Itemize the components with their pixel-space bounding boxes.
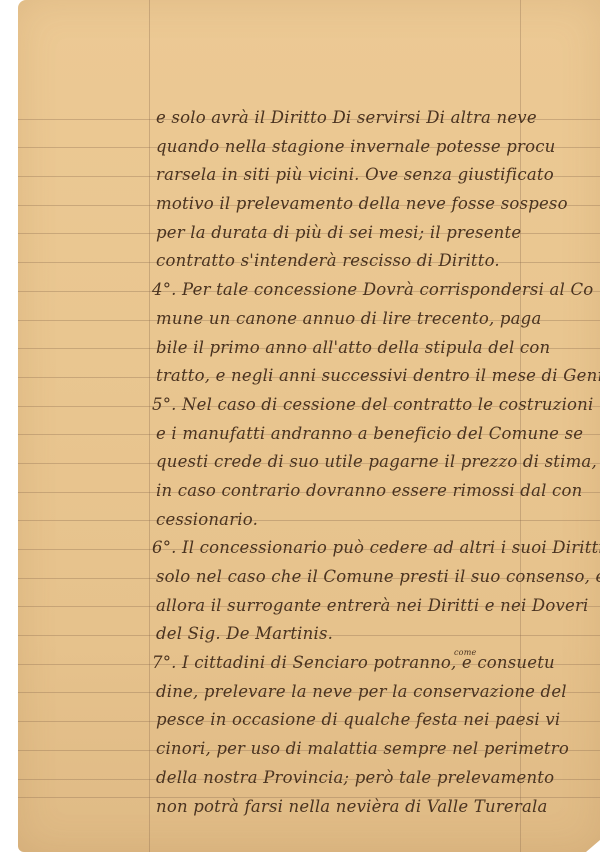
text-line: cessionario. <box>156 506 596 535</box>
text-line: rarsela in siti più vicini. Ove senza gi… <box>156 161 596 190</box>
text-line: questi crede di suo utile pagarne il pre… <box>156 448 596 477</box>
text-line: tratto, e negli anni successivi dentro i… <box>156 362 596 391</box>
article-6-line: 6°. Il concessionario può cedere ad altr… <box>152 534 596 563</box>
text-line: pesce in occasione di qualche festa nei … <box>156 706 596 735</box>
text-line: mune un canone annuo di lire trecento, p… <box>156 305 596 334</box>
text-line: e solo avrà il Diritto Di servirsi Di al… <box>156 104 596 133</box>
text-line: 7°. I cittadini di Senciaro potranno, e … <box>152 653 555 672</box>
text-line: del Sig. De Martinis. <box>156 620 596 649</box>
text-line: allora il surrogante entrerà nei Diritti… <box>156 592 596 621</box>
text-line: dine, prelevare la neve per la conservaz… <box>156 678 596 707</box>
text-line: in caso contrario dovranno essere rimoss… <box>156 477 596 506</box>
text-line: contratto s'intenderà rescisso di Diritt… <box>156 247 596 276</box>
left-margin-line <box>149 0 150 852</box>
article-4-line: 4°. Per tale concessione Dovrà corrispon… <box>152 276 596 305</box>
interlinear-annotation: come <box>454 639 476 667</box>
text-line: per la durata di più di sei mesi; il pre… <box>156 219 596 248</box>
text-line: motivo il prelevamento della neve fosse … <box>156 190 596 219</box>
article-5-line: 5°. Nel caso di cessione del contratto l… <box>152 391 596 420</box>
article-7-line: come 7°. I cittadini di Senciaro potrann… <box>152 649 596 678</box>
handwritten-text: e solo avrà il Diritto Di servirsi Di al… <box>156 104 596 821</box>
text-line: della nostra Provincia; però tale prelev… <box>156 764 596 793</box>
text-line: non potrà farsi nella nevièra di Valle T… <box>156 793 596 822</box>
text-line: bile il primo anno all'atto della stipul… <box>156 334 596 363</box>
text-line: solo nel caso che il Comune presti il su… <box>156 563 596 592</box>
text-line: e i manufatti andranno a beneficio del C… <box>156 420 596 449</box>
text-line: quando nella stagione invernale potesse … <box>156 133 596 162</box>
text-line: cinori, per uso di malattia sempre nel p… <box>156 735 596 764</box>
